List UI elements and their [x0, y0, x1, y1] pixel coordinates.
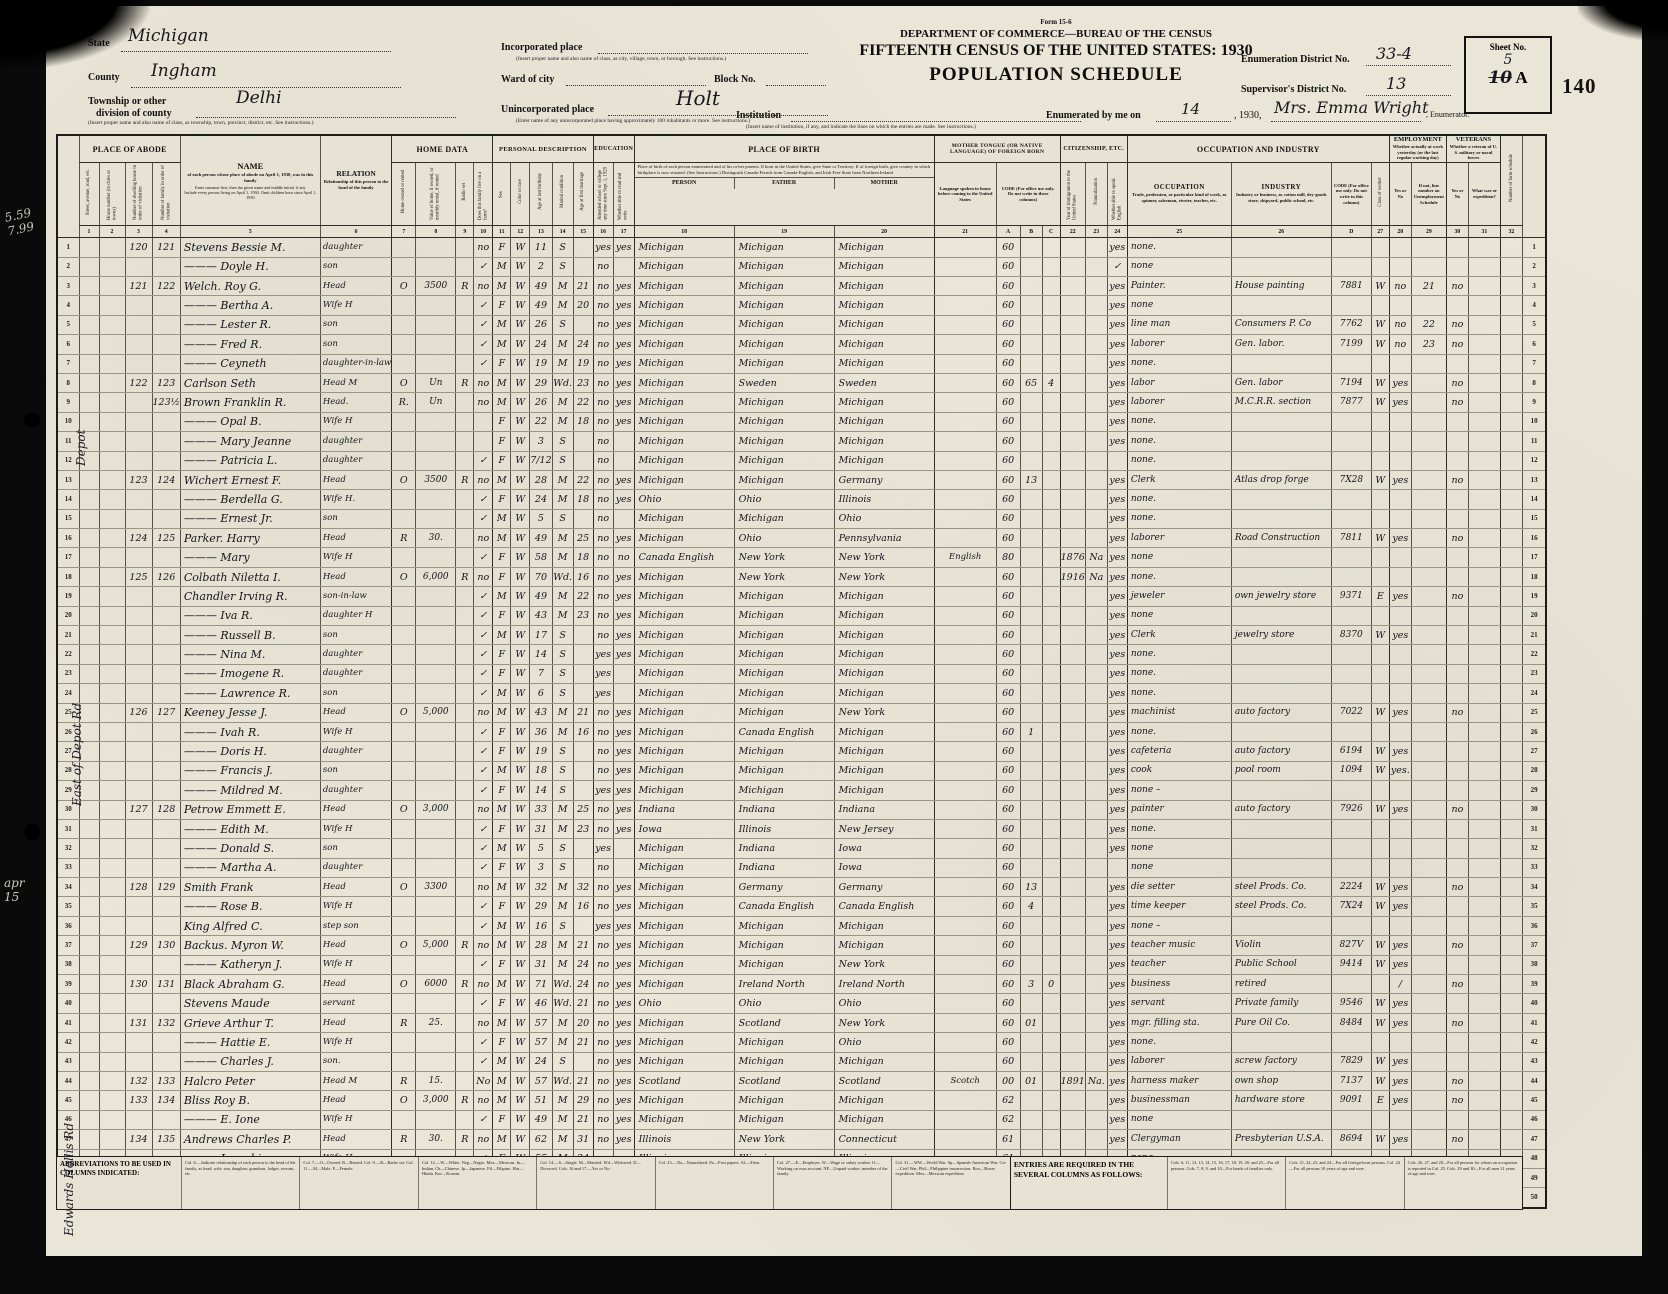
cell-unemp: [1411, 878, 1446, 897]
cell-fs: [1500, 626, 1522, 645]
cell-sch: no: [593, 994, 613, 1013]
cell-name: ——— Katheryn J.: [180, 955, 320, 974]
cell-vet: no: [1446, 335, 1468, 354]
cell-rw: yes: [613, 1072, 634, 1091]
cell-fs: [1500, 722, 1522, 741]
cell-own: O: [392, 800, 416, 819]
cell-ind: [1231, 354, 1331, 373]
cell-farm: ✓: [474, 315, 493, 334]
cell-sex: M: [493, 373, 511, 392]
cell-sch: no: [593, 548, 613, 567]
cell-house: [99, 335, 125, 354]
cell-sch: no: [593, 432, 613, 451]
cell-house: [99, 1072, 125, 1091]
cell-race: W: [511, 412, 530, 431]
cell-name: Stevens Maude: [180, 994, 320, 1013]
cell-dw: 127: [125, 800, 152, 819]
county-value: Ingham: [151, 61, 217, 81]
cell-fs: [1500, 1052, 1522, 1071]
cell-sex: M: [493, 975, 511, 994]
cell-ln2: 3: [1522, 276, 1546, 295]
cell-sex: M: [493, 800, 511, 819]
cell-name: ——— Hattie E.: [180, 1033, 320, 1052]
cell-bpp: Michigan: [634, 606, 734, 625]
cell-radio: [456, 722, 474, 741]
cell-vet: no: [1446, 470, 1468, 489]
cell-dw: [125, 955, 152, 974]
cell-race: W: [511, 548, 530, 567]
township-note: (Insert proper name and also name of cla…: [88, 120, 468, 126]
cell-sex: F: [493, 897, 511, 916]
cell-work: [1389, 432, 1411, 451]
cell-bpm: Michigan: [834, 606, 934, 625]
cell-unemp: [1411, 761, 1446, 780]
cell-bpp: Michigan: [634, 936, 734, 955]
cell-yr: [1060, 839, 1085, 858]
cell-yr: [1060, 1091, 1085, 1110]
cell-house: [99, 296, 125, 315]
cell-sch: no: [593, 703, 613, 722]
cell-val: 3300: [416, 878, 456, 897]
cell-rel: Head: [320, 567, 391, 586]
cell-fs: [1500, 373, 1522, 392]
cell-sch: no: [593, 393, 613, 412]
cell-cB: [1020, 761, 1042, 780]
cell-house: [99, 1052, 125, 1071]
cell-mar: S: [552, 839, 573, 858]
cell-cB: [1020, 742, 1042, 761]
unincorporated-label: Unincorporated place: [501, 104, 594, 115]
cell-house: [99, 858, 125, 877]
cell-fs: [1500, 781, 1522, 800]
cell-ind: [1231, 839, 1331, 858]
cell-rel: Head: [320, 878, 391, 897]
cell-bpp: Ohio: [634, 490, 734, 509]
cell-fs: [1500, 1013, 1522, 1032]
cell-code: [1331, 1110, 1371, 1129]
col-number-lang: 21: [934, 226, 996, 238]
cell-yr: 1891: [1060, 1072, 1085, 1091]
table-body: 1120121Stevens Bessie M.daughternoFW11Sy…: [57, 238, 1546, 1208]
cell-rw: yes: [613, 800, 634, 819]
cell-bpm: Germany: [834, 878, 934, 897]
cell-sch: no: [593, 858, 613, 877]
cell-occ: Clergyman: [1127, 1130, 1231, 1149]
cell-cA: 60: [996, 916, 1020, 935]
cell-dw: [125, 761, 152, 780]
cell-cC: [1042, 936, 1060, 955]
cell-rel: Wife H.: [320, 490, 391, 509]
cell-own: [392, 626, 416, 645]
cell-vet: [1446, 664, 1468, 683]
person-row-1: 1120121Stevens Bessie M.daughternoFW11Sy…: [57, 238, 1546, 257]
cell-fam: [152, 722, 180, 741]
col-number-bpm: 20: [834, 226, 934, 238]
cell-bpm: Michigan: [834, 451, 934, 470]
cell-cls: [1371, 916, 1389, 935]
cell-sex: M: [493, 684, 511, 703]
cell-war: [1468, 645, 1500, 664]
cell-sex: M: [493, 470, 511, 489]
cell-rw: yes: [613, 315, 634, 334]
cell-cls: W: [1371, 703, 1389, 722]
cell-eng: yes: [1107, 412, 1127, 431]
cell-name: ——— Francis J.: [180, 761, 320, 780]
cell-ln2: 48: [1522, 1149, 1546, 1168]
cell-own: [392, 315, 416, 334]
cell-bpm: Scotland: [834, 1072, 934, 1091]
cell-radio: [456, 664, 474, 683]
cell-agem: [573, 1052, 593, 1071]
cell-work: yes: [1389, 1130, 1411, 1149]
col-number-sex: 11: [493, 226, 511, 238]
cell-bpp: Michigan: [634, 916, 734, 935]
cell-eng: yes: [1107, 1072, 1127, 1091]
cell-race: W: [511, 916, 530, 935]
cell-nat: [1085, 606, 1107, 625]
cell-code: [1331, 722, 1371, 741]
cell-house: [99, 315, 125, 334]
cell-ln2: 46: [1522, 1110, 1546, 1129]
cell-vet: no: [1446, 393, 1468, 412]
cell-sch: yes: [593, 781, 613, 800]
cell-age: 24: [530, 335, 552, 354]
cell-code: 9091: [1331, 1091, 1371, 1110]
cell-street: [79, 238, 99, 257]
cell-yr: [1060, 664, 1085, 683]
cell-mar: S: [552, 451, 573, 470]
cell-cA: 60: [996, 722, 1020, 741]
census-sheet: State Michigan County Ingham Township or…: [46, 6, 1642, 1256]
cell-bpp: Michigan: [634, 315, 734, 334]
cell-fs: [1500, 470, 1522, 489]
group-employment: EMPLOYMENT Whether actually at work yest…: [1389, 135, 1446, 163]
cell-house: [99, 238, 125, 257]
cell-own: [392, 994, 416, 1013]
cell-yr: [1060, 257, 1085, 276]
cell-dw: 121: [125, 276, 152, 295]
cell-occ: none.: [1127, 509, 1231, 528]
cell-cls: [1371, 509, 1389, 528]
cell-rel: Head: [320, 1091, 391, 1110]
cell-unemp: [1411, 897, 1446, 916]
cell-dw: [125, 490, 152, 509]
cell-yr: [1060, 975, 1085, 994]
person-row-12: 12——— Patricia L.daughter✓FW7/12SnoMichi…: [57, 451, 1546, 470]
cell-bpf: Canada English: [734, 722, 834, 741]
cell-val: 3500: [416, 276, 456, 295]
cell-mar: S: [552, 761, 573, 780]
cell-sch: no: [593, 296, 613, 315]
cell-work: yes: [1389, 1052, 1411, 1071]
cell-agem: 21: [573, 276, 593, 295]
cell-agem: 25: [573, 529, 593, 548]
cell-war: [1468, 975, 1500, 994]
cell-own: [392, 819, 416, 838]
cell-radio: [456, 432, 474, 451]
cell-bpm: Michigan: [834, 645, 934, 664]
cell-sch: no: [593, 878, 613, 897]
cell-house: [99, 1013, 125, 1032]
street-note-depot: Depot: [74, 356, 88, 466]
cell-farm: ✓: [474, 916, 493, 935]
cell-war: [1468, 703, 1500, 722]
cell-agem: 16: [573, 722, 593, 741]
cell-rel: son: [320, 839, 391, 858]
group-veterans: VETERANS Whether a veteran of U. S. mili…: [1446, 135, 1500, 163]
cell-eng: yes: [1107, 238, 1127, 257]
cell-bpf: Michigan: [734, 587, 834, 606]
cell-val: 3500: [416, 470, 456, 489]
cell-unemp: [1411, 470, 1446, 489]
cell-ind: steel Prods. Co.: [1231, 897, 1331, 916]
cell-bpm: Michigan: [834, 936, 934, 955]
cell-fs: [1500, 567, 1522, 586]
cell-eng: yes: [1107, 432, 1127, 451]
cell-cB: 01: [1020, 1072, 1042, 1091]
cell-sex: F: [493, 451, 511, 470]
cell-fam: [152, 1052, 180, 1071]
cell-vet: [1446, 490, 1468, 509]
cell-cC: [1042, 800, 1060, 819]
cell-war: [1468, 722, 1500, 741]
col-number-vet: 30: [1446, 226, 1468, 238]
cell-name: Backus. Myron W.: [180, 936, 320, 955]
cell-lang: English: [934, 548, 996, 567]
cell-code: 1094: [1331, 761, 1371, 780]
cell-rel: Head: [320, 936, 391, 955]
cell-name: Wichert Ernest F.: [180, 470, 320, 489]
cell-ln2: 36: [1522, 916, 1546, 935]
cell-cls: W: [1371, 373, 1389, 392]
cell-unemp: [1411, 1091, 1446, 1110]
cell-ln2: 9: [1522, 393, 1546, 412]
cell-race: W: [511, 1052, 530, 1071]
col-name-header: NAME of each person whose place of abode…: [180, 135, 320, 226]
cell-cA: 60: [996, 432, 1020, 451]
cell-cC: [1042, 412, 1060, 431]
cell-name: ——— Ivah R.: [180, 722, 320, 741]
unincorporated-value: Holt: [676, 86, 720, 110]
cell-fs: [1500, 955, 1522, 974]
cell-house: [99, 897, 125, 916]
cell-nat: Na: [1085, 567, 1107, 586]
cell-cB: [1020, 509, 1042, 528]
cell-cB: [1020, 432, 1042, 451]
cell-lang: [934, 645, 996, 664]
cell-bpp: Michigan: [634, 587, 734, 606]
cell-radio: [456, 839, 474, 858]
cell-race: W: [511, 451, 530, 470]
cell-work: [1389, 722, 1411, 741]
cell-unemp: [1411, 1052, 1446, 1071]
cell-agem: [573, 664, 593, 683]
cell-fs: [1500, 742, 1522, 761]
punch-hole: [24, 824, 40, 840]
col-radio-header: Radio set: [456, 163, 474, 226]
person-row-19: 19Chandler Irving R.son-in-law✓MW49M22no…: [57, 587, 1546, 606]
cell-cls: [1371, 354, 1389, 373]
cell-dw: [125, 1052, 152, 1071]
cell-sex: F: [493, 606, 511, 625]
cell-work: yes: [1389, 800, 1411, 819]
cell-agem: 25: [573, 800, 593, 819]
col-number-own: 7: [392, 226, 416, 238]
cell-own: R: [392, 1130, 416, 1149]
cell-fs: [1500, 761, 1522, 780]
cell-nat: [1085, 354, 1107, 373]
cell-cA: 60: [996, 742, 1020, 761]
cell-agem: 24: [573, 335, 593, 354]
cell-nat: [1085, 315, 1107, 334]
cell-cB: [1020, 839, 1042, 858]
cell-war: [1468, 994, 1500, 1013]
cell-ind: Consumers P. Co: [1231, 315, 1331, 334]
cell-work: yes: [1389, 393, 1411, 412]
col-number-street: 1: [79, 226, 99, 238]
cell-street: [79, 858, 99, 877]
cell-sex: M: [493, 626, 511, 645]
cell-rel: servant: [320, 994, 391, 1013]
cell-sch: no: [593, 626, 613, 645]
person-row-15: 15——— Ernest Jr.son✓MW5SnoMichiganMichig…: [57, 509, 1546, 528]
cell-val: [416, 1052, 456, 1071]
cell-farm: no: [474, 470, 493, 489]
cell-house: [99, 878, 125, 897]
cell-name: ——— Mary: [180, 548, 320, 567]
cell-sex: F: [493, 548, 511, 567]
cell-occ: none: [1127, 839, 1231, 858]
cell-war: [1468, 373, 1500, 392]
cell-work: yes: [1389, 1091, 1411, 1110]
cell-house: [99, 412, 125, 431]
cell-fs: [1500, 1072, 1522, 1091]
col-number-age: 13: [530, 226, 552, 238]
cell-fam: [152, 548, 180, 567]
cell-bpf: Michigan: [734, 393, 834, 412]
block-label: Block No.: [714, 74, 756, 85]
cell-radio: [456, 1110, 474, 1129]
cell-cC: [1042, 916, 1060, 935]
cell-own: [392, 839, 416, 858]
cell-agem: 19: [573, 354, 593, 373]
person-row-41: 41131132Grieve Arthur T.HeadR25.noMW57M2…: [57, 1013, 1546, 1032]
cell-ln2: 12: [1522, 451, 1546, 470]
cell-bpf: Michigan: [734, 335, 834, 354]
cell-val: [416, 761, 456, 780]
cell-eng: yes: [1107, 1091, 1127, 1110]
cell-dw: [125, 335, 152, 354]
cell-code: [1331, 858, 1371, 877]
cell-fs: [1500, 878, 1522, 897]
cell-war: [1468, 529, 1500, 548]
cell-house: [99, 975, 125, 994]
cell-vet: [1446, 626, 1468, 645]
cell-yr: [1060, 296, 1085, 315]
cell-vet: [1446, 858, 1468, 877]
cell-bpp: Michigan: [634, 975, 734, 994]
cell-rel: Wife H: [320, 722, 391, 741]
cell-mar: S: [552, 1052, 573, 1071]
cell-cls: W: [1371, 276, 1389, 295]
cell-age: 3: [530, 432, 552, 451]
cell-fs: [1500, 354, 1522, 373]
cell-agem: 21: [573, 1033, 593, 1052]
cell-val: [416, 509, 456, 528]
cell-dw: 130: [125, 975, 152, 994]
cell-lang: [934, 664, 996, 683]
cell-age: 7/12: [530, 451, 552, 470]
cell-yr: [1060, 878, 1085, 897]
cell-street: [79, 470, 99, 489]
cell-eng: yes: [1107, 800, 1127, 819]
cell-name: Petrow Emmett E.: [180, 800, 320, 819]
cell-yr: [1060, 490, 1085, 509]
cell-rw: [613, 451, 634, 470]
cell-lang: [934, 839, 996, 858]
cell-fam: 125: [152, 529, 180, 548]
cell-yr: [1060, 1052, 1085, 1071]
cell-nat: [1085, 1052, 1107, 1071]
cell-sch: no: [593, 1130, 613, 1149]
cell-sch: no: [593, 1091, 613, 1110]
cell-cC: [1042, 276, 1060, 295]
cell-fam: 126: [152, 567, 180, 586]
cell-cA: 00: [996, 1072, 1020, 1091]
cell-yr: [1060, 684, 1085, 703]
cell-age: 26: [530, 393, 552, 412]
cell-nat: [1085, 936, 1107, 955]
person-row-3: 3121122Welch. Roy G.HeadO3500RnoMW49M21n…: [57, 276, 1546, 295]
cell-ind: [1231, 1110, 1331, 1129]
cell-code: [1331, 509, 1371, 528]
cell-war: [1468, 490, 1500, 509]
cell-cB: 01: [1020, 1013, 1042, 1032]
cell-code: [1331, 975, 1371, 994]
cell-sch: yes: [593, 684, 613, 703]
cell-farm: ✓: [474, 994, 493, 1013]
cell-agem: [573, 315, 593, 334]
cell-code: [1331, 238, 1371, 257]
cell-rel: Head: [320, 1130, 391, 1149]
col-house-header: House number (in cities or towns): [99, 163, 125, 226]
cell-nat: [1085, 626, 1107, 645]
cell-cC: [1042, 606, 1060, 625]
cell-mar: S: [552, 684, 573, 703]
cell-bpm: Michigan: [834, 664, 934, 683]
cell-radio: [456, 393, 474, 412]
cell-cls: [1371, 412, 1389, 431]
cell-own: [392, 451, 416, 470]
cell-radio: [456, 412, 474, 431]
cell-ln2: 33: [1522, 858, 1546, 877]
abbrev-col: Col. 23.—Na—Naturalized. Pa—First papers…: [655, 1157, 773, 1209]
cell-nat: [1085, 257, 1107, 276]
cell-war: [1468, 548, 1500, 567]
cell-cC: [1042, 722, 1060, 741]
cell-nat: [1085, 664, 1107, 683]
cell-rw: [613, 257, 634, 276]
cell-unemp: [1411, 994, 1446, 1013]
cell-yr: [1060, 315, 1085, 334]
cell-war: [1468, 1091, 1500, 1110]
cell-farm: ✓: [474, 645, 493, 664]
cell-code: [1331, 567, 1371, 586]
person-row-39: 39130131Black Abraham G.HeadO6000RnoMW71…: [57, 975, 1546, 994]
cell-rel: son: [320, 761, 391, 780]
cell-ln: 32: [57, 839, 79, 858]
cell-unemp: [1411, 296, 1446, 315]
